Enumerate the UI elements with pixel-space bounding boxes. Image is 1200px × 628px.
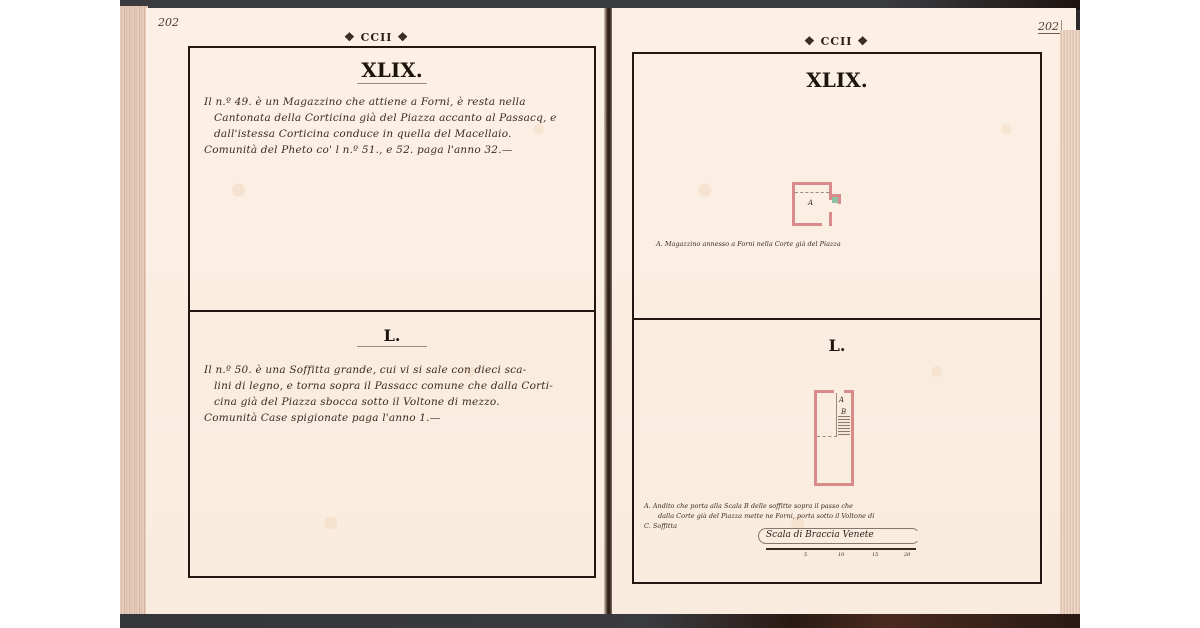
section-divider xyxy=(634,318,1040,320)
fleuron-icon: ❖ xyxy=(344,30,356,44)
section-numeral: XLIX. xyxy=(190,58,594,84)
section-numeral: L. xyxy=(190,326,594,347)
entry-text: Il n.º 49. è un Magazzino che attiene a … xyxy=(204,94,582,158)
right-page: ❖ CCII ❖ 202 XLIX. A A. Magazzino xyxy=(612,8,1076,614)
folio-number: 202 xyxy=(158,16,179,29)
book-scan: 202 ❖ CCII ❖ XLIX. Il n.º 49. è un Magaz… xyxy=(120,0,1080,628)
running-head-text: CCII xyxy=(361,31,393,44)
title-rule xyxy=(357,346,427,347)
text-line: Il n.º 50. è una Soffitta grande, cui vi… xyxy=(204,362,582,378)
bottom-shadow xyxy=(120,614,1080,628)
text-line: Cantonata della Corticina già del Piazza… xyxy=(204,110,582,126)
left-page: 202 ❖ CCII ❖ XLIX. Il n.º 49. è un Magaz… xyxy=(146,8,608,614)
text-line: lini di legno, e torna sopra il Passacc … xyxy=(204,378,582,394)
fleuron-icon: ❖ xyxy=(804,34,816,48)
scale-bar xyxy=(766,548,916,550)
entry-text: Il n.º 50. è una Soffitta grande, cui vi… xyxy=(204,362,582,426)
running-head: ❖ CCII ❖ xyxy=(344,30,409,44)
plan-caption: A. Andito che porta alla Scala B delle s… xyxy=(644,502,853,511)
ruled-frame: XLIX. A A. Magazzino annesso a Forni nel… xyxy=(632,52,1042,584)
plan-caption: dalla Corte già del Piazza mette ne Forn… xyxy=(658,512,874,521)
running-head: ❖ CCII ❖ xyxy=(804,34,869,48)
text-line: dall'istessa Corticina conduce in quella… xyxy=(204,126,582,142)
folio-number: 202 xyxy=(1038,20,1062,34)
text-line: Il n.º 49. è un Magazzino che attiene a … xyxy=(204,94,582,110)
ruled-frame: XLIX. Il n.º 49. è un Magazzino che atti… xyxy=(188,46,596,578)
floor-plan-xlix: A xyxy=(792,182,842,226)
fleuron-icon: ❖ xyxy=(857,34,869,48)
fore-edge xyxy=(120,6,148,616)
section-numeral: L. xyxy=(634,336,1040,355)
text-line: Comunità Case spigionate paga l'anno 1.— xyxy=(204,410,582,426)
title-rule xyxy=(357,83,427,84)
plan-caption: C. Soffitta xyxy=(644,522,677,531)
section-numeral: XLIX. xyxy=(634,68,1040,92)
fleuron-icon: ❖ xyxy=(397,30,409,44)
running-head-text: CCII xyxy=(821,35,853,48)
section-divider xyxy=(190,310,594,312)
text-line: cina già del Piazza sbocca sotto il Volt… xyxy=(204,394,582,410)
plan-caption: A. Magazzino annesso a Forni nella Corte… xyxy=(656,240,841,249)
floor-plan-l: A B xyxy=(814,390,854,486)
fore-edge-right xyxy=(1060,30,1080,618)
text-line: Comunità del Pheto co' l n.º 51., e 52. … xyxy=(204,142,582,158)
green-wash xyxy=(832,197,838,203)
scale-flourish xyxy=(758,528,920,544)
staircase xyxy=(838,416,850,436)
